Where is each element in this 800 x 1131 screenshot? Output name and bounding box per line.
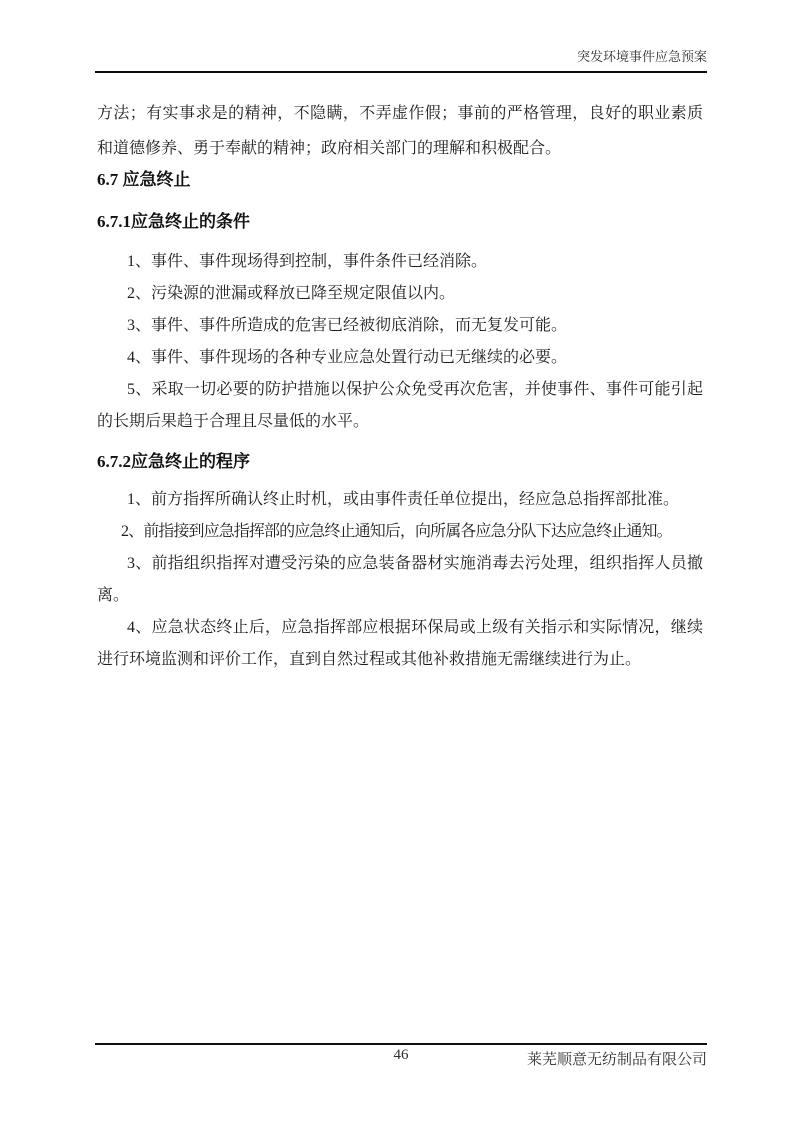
list-item: 2、污染源的泄漏或释放已降至规定限值以内。 xyxy=(97,278,703,310)
page-footer: 46 莱芜顺意无纺制品有限公司 xyxy=(95,1043,707,1069)
section-6-7-1-heading: 6.7.1应急终止的条件 xyxy=(97,208,703,236)
document-content: 方法；有实事求是的精神，不隐瞒，不弄虚作假；事前的严格管理，良好的职业素质和道德… xyxy=(97,96,703,676)
list-item: 1、前方指挥所确认终止时机，或由事件责任单位提出，经应急总指挥部批准。 xyxy=(97,484,703,516)
header-title: 突发环境事件应急预案 xyxy=(577,49,707,64)
list-item: 1、事件、事件现场得到控制，事件条件已经消除。 xyxy=(97,246,703,278)
section-6-7-2-heading: 6.7.2应急终止的程序 xyxy=(97,448,703,476)
list-item: 2、前指接到应急指挥部的应急终止通知后，向所属各应急分队下达应急终止通知。 xyxy=(97,516,703,548)
intro-paragraph: 方法；有实事求是的精神，不隐瞒，不弄虚作假；事前的严格管理，良好的职业素质和道德… xyxy=(97,96,703,166)
section-6-7-2-list: 1、前方指挥所确认终止时机，或由事件责任单位提出，经应急总指挥部批准。 2、前指… xyxy=(97,484,703,676)
footer-company-name: 莱芜顺意无纺制品有限公司 xyxy=(527,1048,707,1069)
section-6-7-heading: 6.7 应急终止 xyxy=(97,166,703,194)
section-6-7-1-list: 1、事件、事件现场得到控制，事件条件已经消除。 2、污染源的泄漏或释放已降至规定… xyxy=(97,246,703,438)
list-item: 4、应急状态终止后，应急指挥部应根据环保局或上级有关指示和实际情况，继续进行环境… xyxy=(97,612,703,676)
list-item: 4、事件、事件现场的各种专业应急处置行动已无继续的必要。 xyxy=(97,342,703,374)
list-item: 3、事件、事件所造成的危害已经被彻底消除，而无复发可能。 xyxy=(97,310,703,342)
page-header: 突发环境事件应急预案 xyxy=(95,48,707,73)
list-item: 5、采取一切必要的防护措施以保护公众免受再次危害，并使事件、事件可能引起的长期后… xyxy=(97,374,703,438)
list-item: 3、前指组织指挥对遭受污染的应急装备器材实施消毒去污处理，组织指挥人员撤离。 xyxy=(97,548,703,612)
document-page: 突发环境事件应急预案 方法；有实事求是的精神，不隐瞒，不弄虚作假；事前的严格管理… xyxy=(0,0,800,1131)
